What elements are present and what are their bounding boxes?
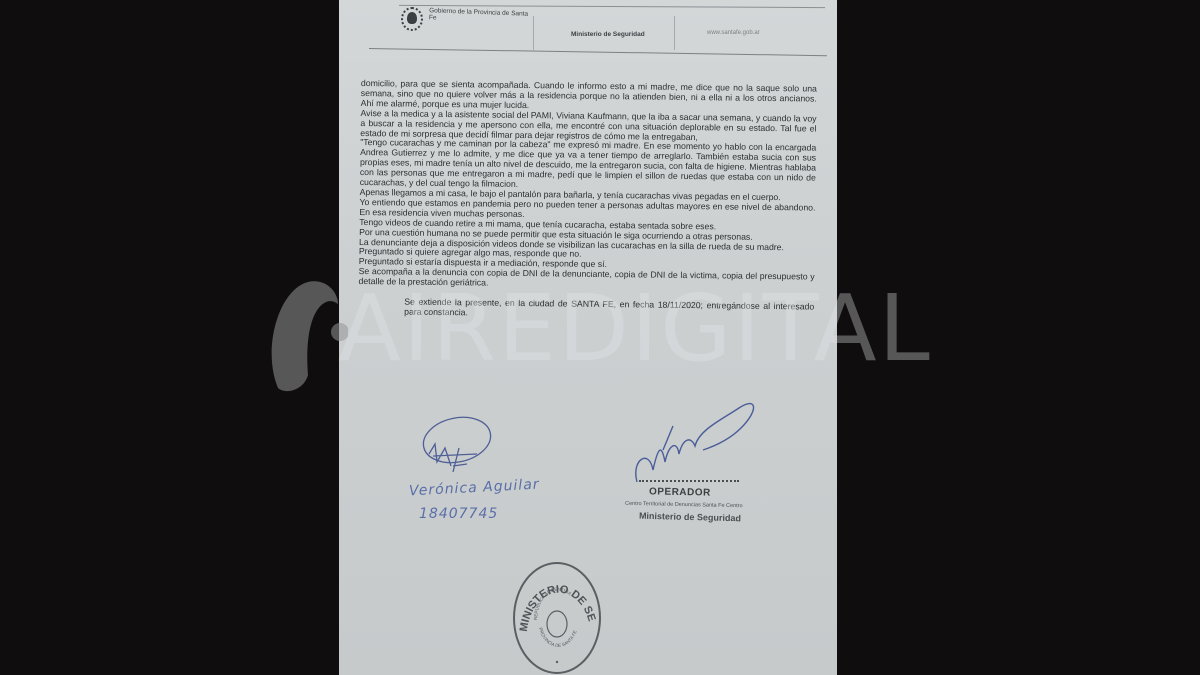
letterhead: Gobierno de la Provincia de Santa Fe Min… (339, 0, 837, 62)
body-paragraph: "Tengo cucarachas y me caminan por la ca… (360, 138, 817, 193)
complainant-signature-block: Verónica Aguilar 18407745 (407, 414, 547, 534)
letterhead-divider (674, 16, 675, 50)
letterhead-divider (533, 16, 534, 50)
stamp-seal-icon: MINISTERIO DE SEGURIDAD REPÚBLICA ARGENT… (513, 562, 601, 674)
operator-title: OPERADOR (649, 486, 711, 498)
letterhead-bottom-rule (369, 48, 827, 56)
government-name: Gobierno de la Provincia de Santa Fe (429, 7, 529, 24)
ministry-stamp: MINISTERIO DE SEGURIDAD REPÚBLICA ARGENT… (513, 562, 601, 674)
complainant-dni: 18407745 (419, 506, 498, 522)
operator-ministry: Ministerio de Seguridad (639, 511, 741, 524)
svg-text:MINISTERIO DE SEGURIDAD: MINISTERIO DE SEGURIDAD (513, 562, 598, 633)
ministry-name: Ministerio de Seguridad (571, 31, 645, 38)
watermark-text: AIREDIGITAL (338, 283, 932, 375)
operator-center: Centro Territorial de Denuncias Santa Fe… (625, 501, 743, 509)
operator-signature-block: OPERADOR Centro Territorial de Denuncias… (609, 390, 809, 530)
stamp-outer-text: MINISTERIO DE SEGURIDAD (513, 562, 598, 633)
complainant-signature-icon (407, 414, 547, 484)
aire-digital-logo-icon (268, 280, 348, 395)
operator-signature-icon (609, 390, 809, 490)
website-url: www.santafe.gob.ar (707, 30, 760, 36)
signature-line (639, 480, 739, 482)
provincial-crest-icon (401, 7, 423, 31)
